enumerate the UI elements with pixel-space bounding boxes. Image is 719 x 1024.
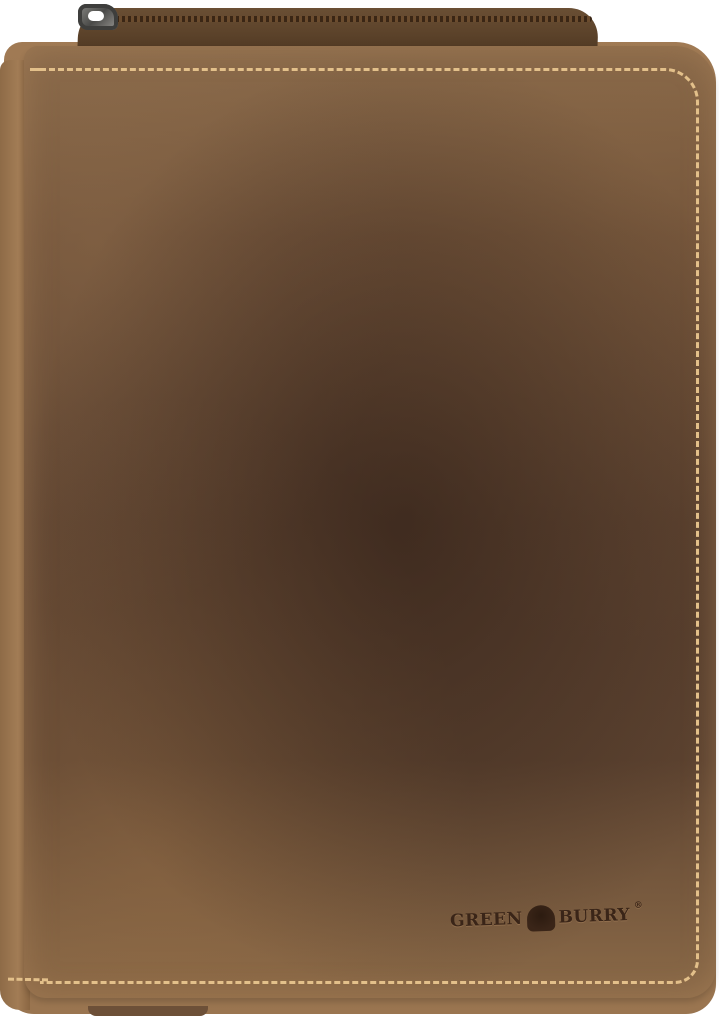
zipper-pull-icon (78, 4, 118, 30)
registered-mark: ® (634, 901, 644, 911)
cover-stitching-top (30, 68, 42, 71)
product-photo: GREEN BURRY ® (0, 0, 719, 1024)
brand-logo-right-text: BURRY (558, 905, 630, 927)
zipper-teeth (92, 16, 592, 22)
wallet-bottom-edge (88, 1006, 208, 1016)
tree-icon (526, 905, 555, 932)
brand-logo-left-text: GREEN (450, 909, 523, 932)
cover-stitching (40, 68, 699, 984)
